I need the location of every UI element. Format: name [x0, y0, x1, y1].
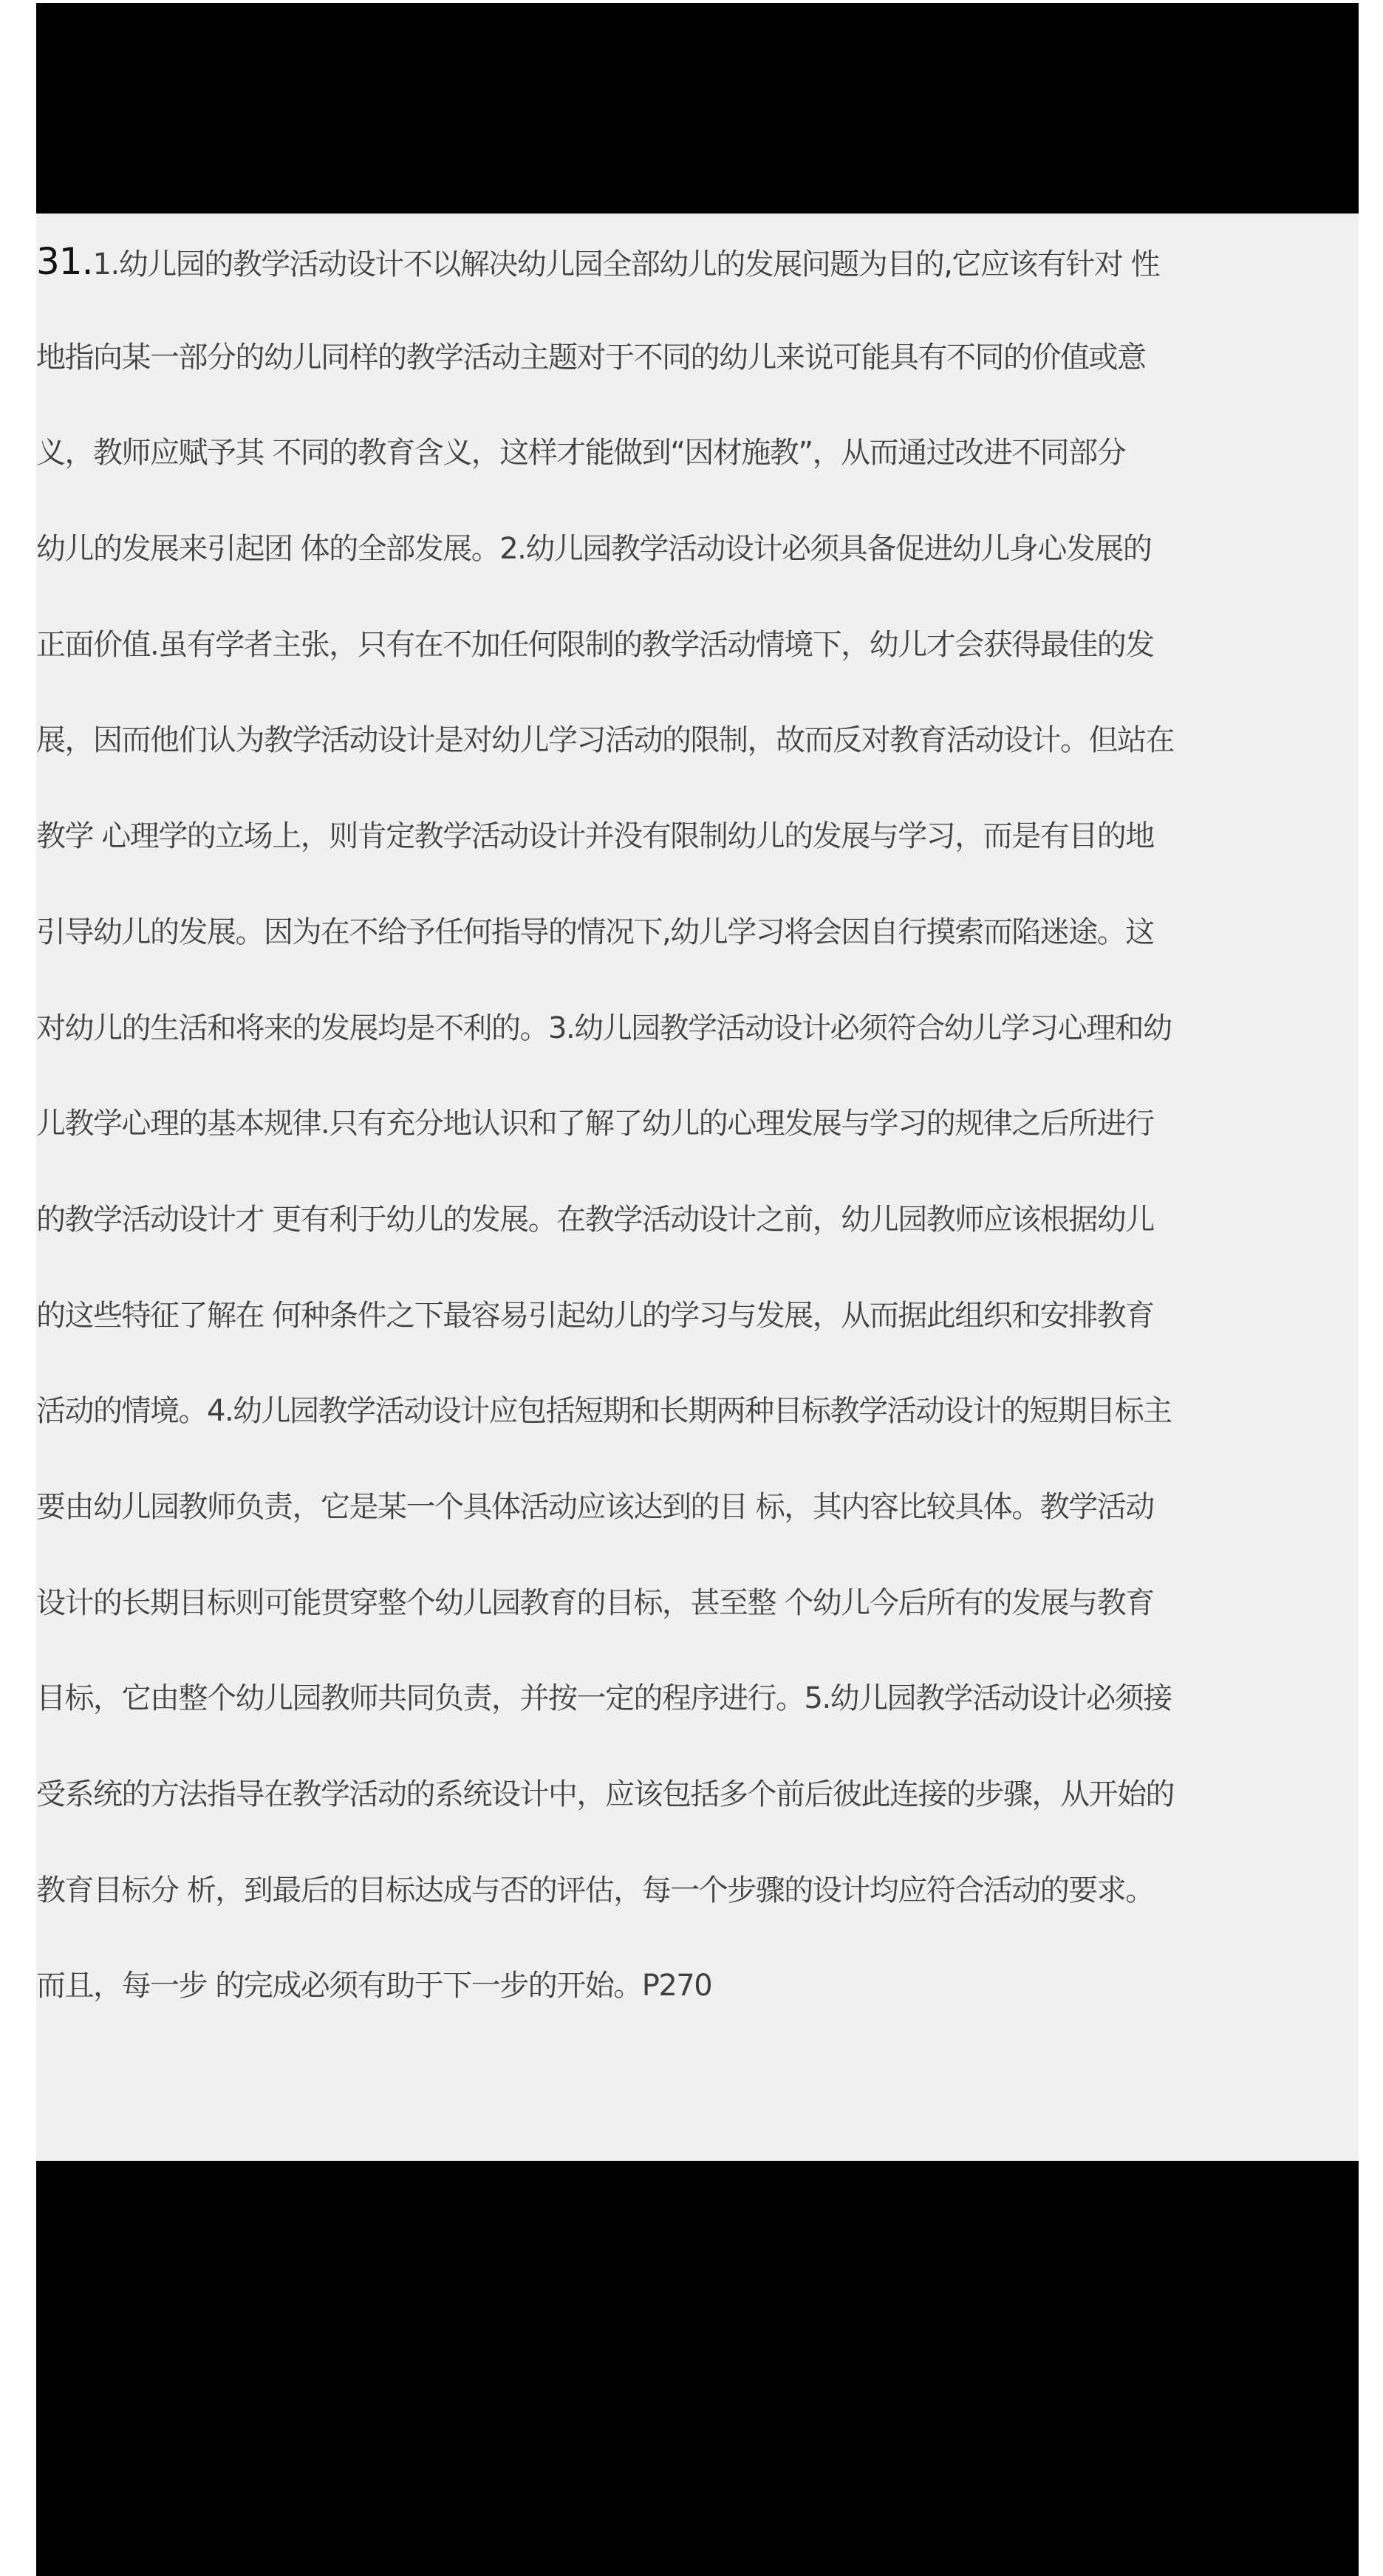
- text-line: 展，因而他们认为教学活动设计是对幼儿学习活动的限制，故而反对教育活动设计。但站在: [36, 710, 1359, 806]
- text-line: 受系统的方法指导在教学活动的系统设计中，应该包括多个前后彼此连接的步骤，从开始的: [36, 1764, 1359, 1860]
- document-page: 31.1.幼儿园的教学活动设计不以解决幼儿园全部幼儿的发展问题为目的,它应该有针…: [36, 3, 1359, 2576]
- text-line: 义，教师应赋予其 不同的教育含义，这样才能做到“因材施教”，从而通过改进不同部分: [36, 423, 1359, 519]
- text-line: 而且，每一步 的完成必须有助于下一步的开始。P270: [36, 1955, 1359, 2051]
- answer-text: 31.1.幼儿园的教学活动设计不以解决幼儿园全部幼儿的发展问题为目的,它应该有针…: [36, 231, 1359, 2051]
- text-line: 正面价值.虽有学者主张，只有在不加任何限制的教学活动情境下，幼儿才会获得最佳的发: [36, 615, 1359, 711]
- text-line: 活动的情境。4.幼儿园教学活动设计应包括短期和长期两种目标教学活动设计的短期目标…: [36, 1381, 1359, 1477]
- text-line: 引导幼儿的发展。因为在不给予任何指导的情况下,幼儿学习将会因自行摸索而陷迷途。这: [36, 902, 1359, 998]
- text-line: 教学 心理学的立场上，则肯定教学活动设计并没有限制幼儿的发展与学习，而是有目的地: [36, 806, 1359, 902]
- text-line: 的教学活动设计才 更有利于幼儿的发展。在教学活动设计之前，幼儿园教师应该根据幼儿: [36, 1189, 1359, 1285]
- text-line: 要由幼儿园教师负责，它是某一个具体活动应该达到的目 标，其内容比较具体。教学活动: [36, 1477, 1359, 1573]
- text-line: 的这些特征了解在 何种条件之下最容易引起幼儿的学习与发展，从而据此组织和安排教育: [36, 1285, 1359, 1381]
- redacted-footer-block: [36, 2161, 1359, 2576]
- text-line: 儿教学心理的基本规律.只有充分地认识和了解了幼儿的心理发展与学习的规律之后所进行: [36, 1093, 1359, 1189]
- question-number: 31.: [36, 240, 93, 283]
- text-line: 幼儿的发展来引起团 体的全部发展。2.幼儿园教学活动设计必须具备促进幼儿身心发展…: [36, 519, 1359, 615]
- answer-panel: 31.1.幼儿园的教学活动设计不以解决幼儿园全部幼儿的发展问题为目的,它应该有针…: [36, 213, 1359, 2161]
- text-line: 31.1.幼儿园的教学活动设计不以解决幼儿园全部幼儿的发展问题为目的,它应该有针…: [36, 231, 1359, 327]
- redacted-header-block: [36, 3, 1359, 213]
- text-line: 教育目标分 析，到最后的目标达成与否的评估，每一个步骤的设计均应符合活动的要求。: [36, 1860, 1359, 1956]
- text-line: 设计的长期目标则可能贯穿整个幼儿园教育的目标，甚至整 个幼儿今后所有的发展与教育: [36, 1573, 1359, 1669]
- text-line: 目标，它由整个幼儿园教师共同负责，并按一定的程序进行。5.幼儿园教学活动设计必须…: [36, 1668, 1359, 1764]
- text-line: 地指向某一部分的幼儿同样的教学活动主题对于不同的幼儿来说可能具有不同的价值或意: [36, 327, 1359, 423]
- text-line: 对幼儿的生活和将来的发展均是不利的。3.幼儿园教学活动设计必须符合幼儿学习心理和…: [36, 998, 1359, 1094]
